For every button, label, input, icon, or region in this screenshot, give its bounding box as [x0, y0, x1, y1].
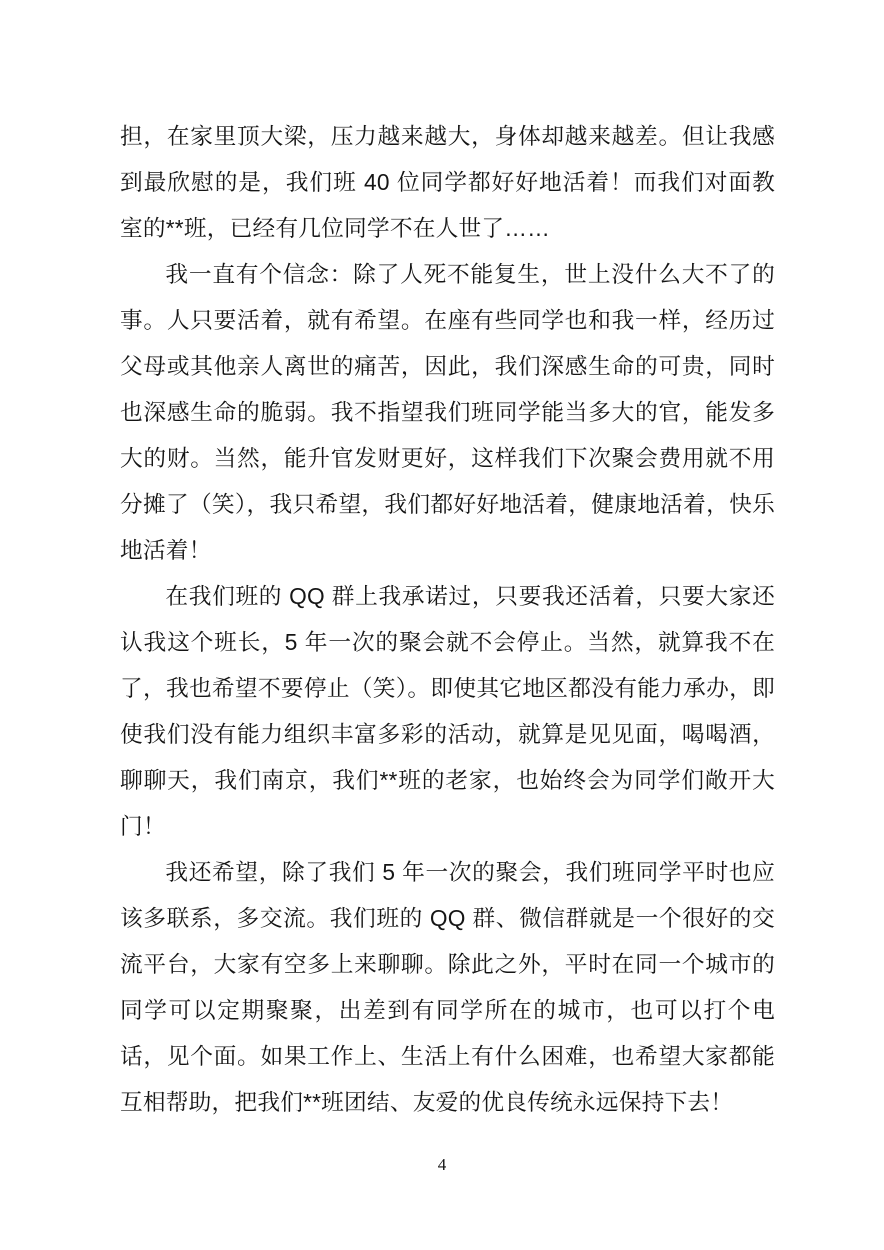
- paragraph-3: 在我们班的 QQ 群上我承诺过，只要我还活着，只要大家还认我这个班长，5 年一次…: [120, 573, 775, 849]
- paragraph-2: 我一直有个信念：除了人死不能复生，世上没什么大不了的事。人只要活着，就有希望。在…: [120, 251, 775, 573]
- document-page: 担，在家里顶大梁，压力越来越大，身体却越来越差。但让我感到最欣慰的是，我们班 4…: [0, 0, 884, 1250]
- paragraph-1: 担，在家里顶大梁，压力越来越大，身体却越来越差。但让我感到最欣慰的是，我们班 4…: [120, 113, 775, 251]
- page-number: 4: [0, 1155, 884, 1175]
- document-body: 担，在家里顶大梁，压力越来越大，身体却越来越差。但让我感到最欣慰的是，我们班 4…: [120, 113, 775, 1125]
- paragraph-4: 我还希望，除了我们 5 年一次的聚会，我们班同学平时也应该多联系，多交流。我们班…: [120, 849, 775, 1125]
